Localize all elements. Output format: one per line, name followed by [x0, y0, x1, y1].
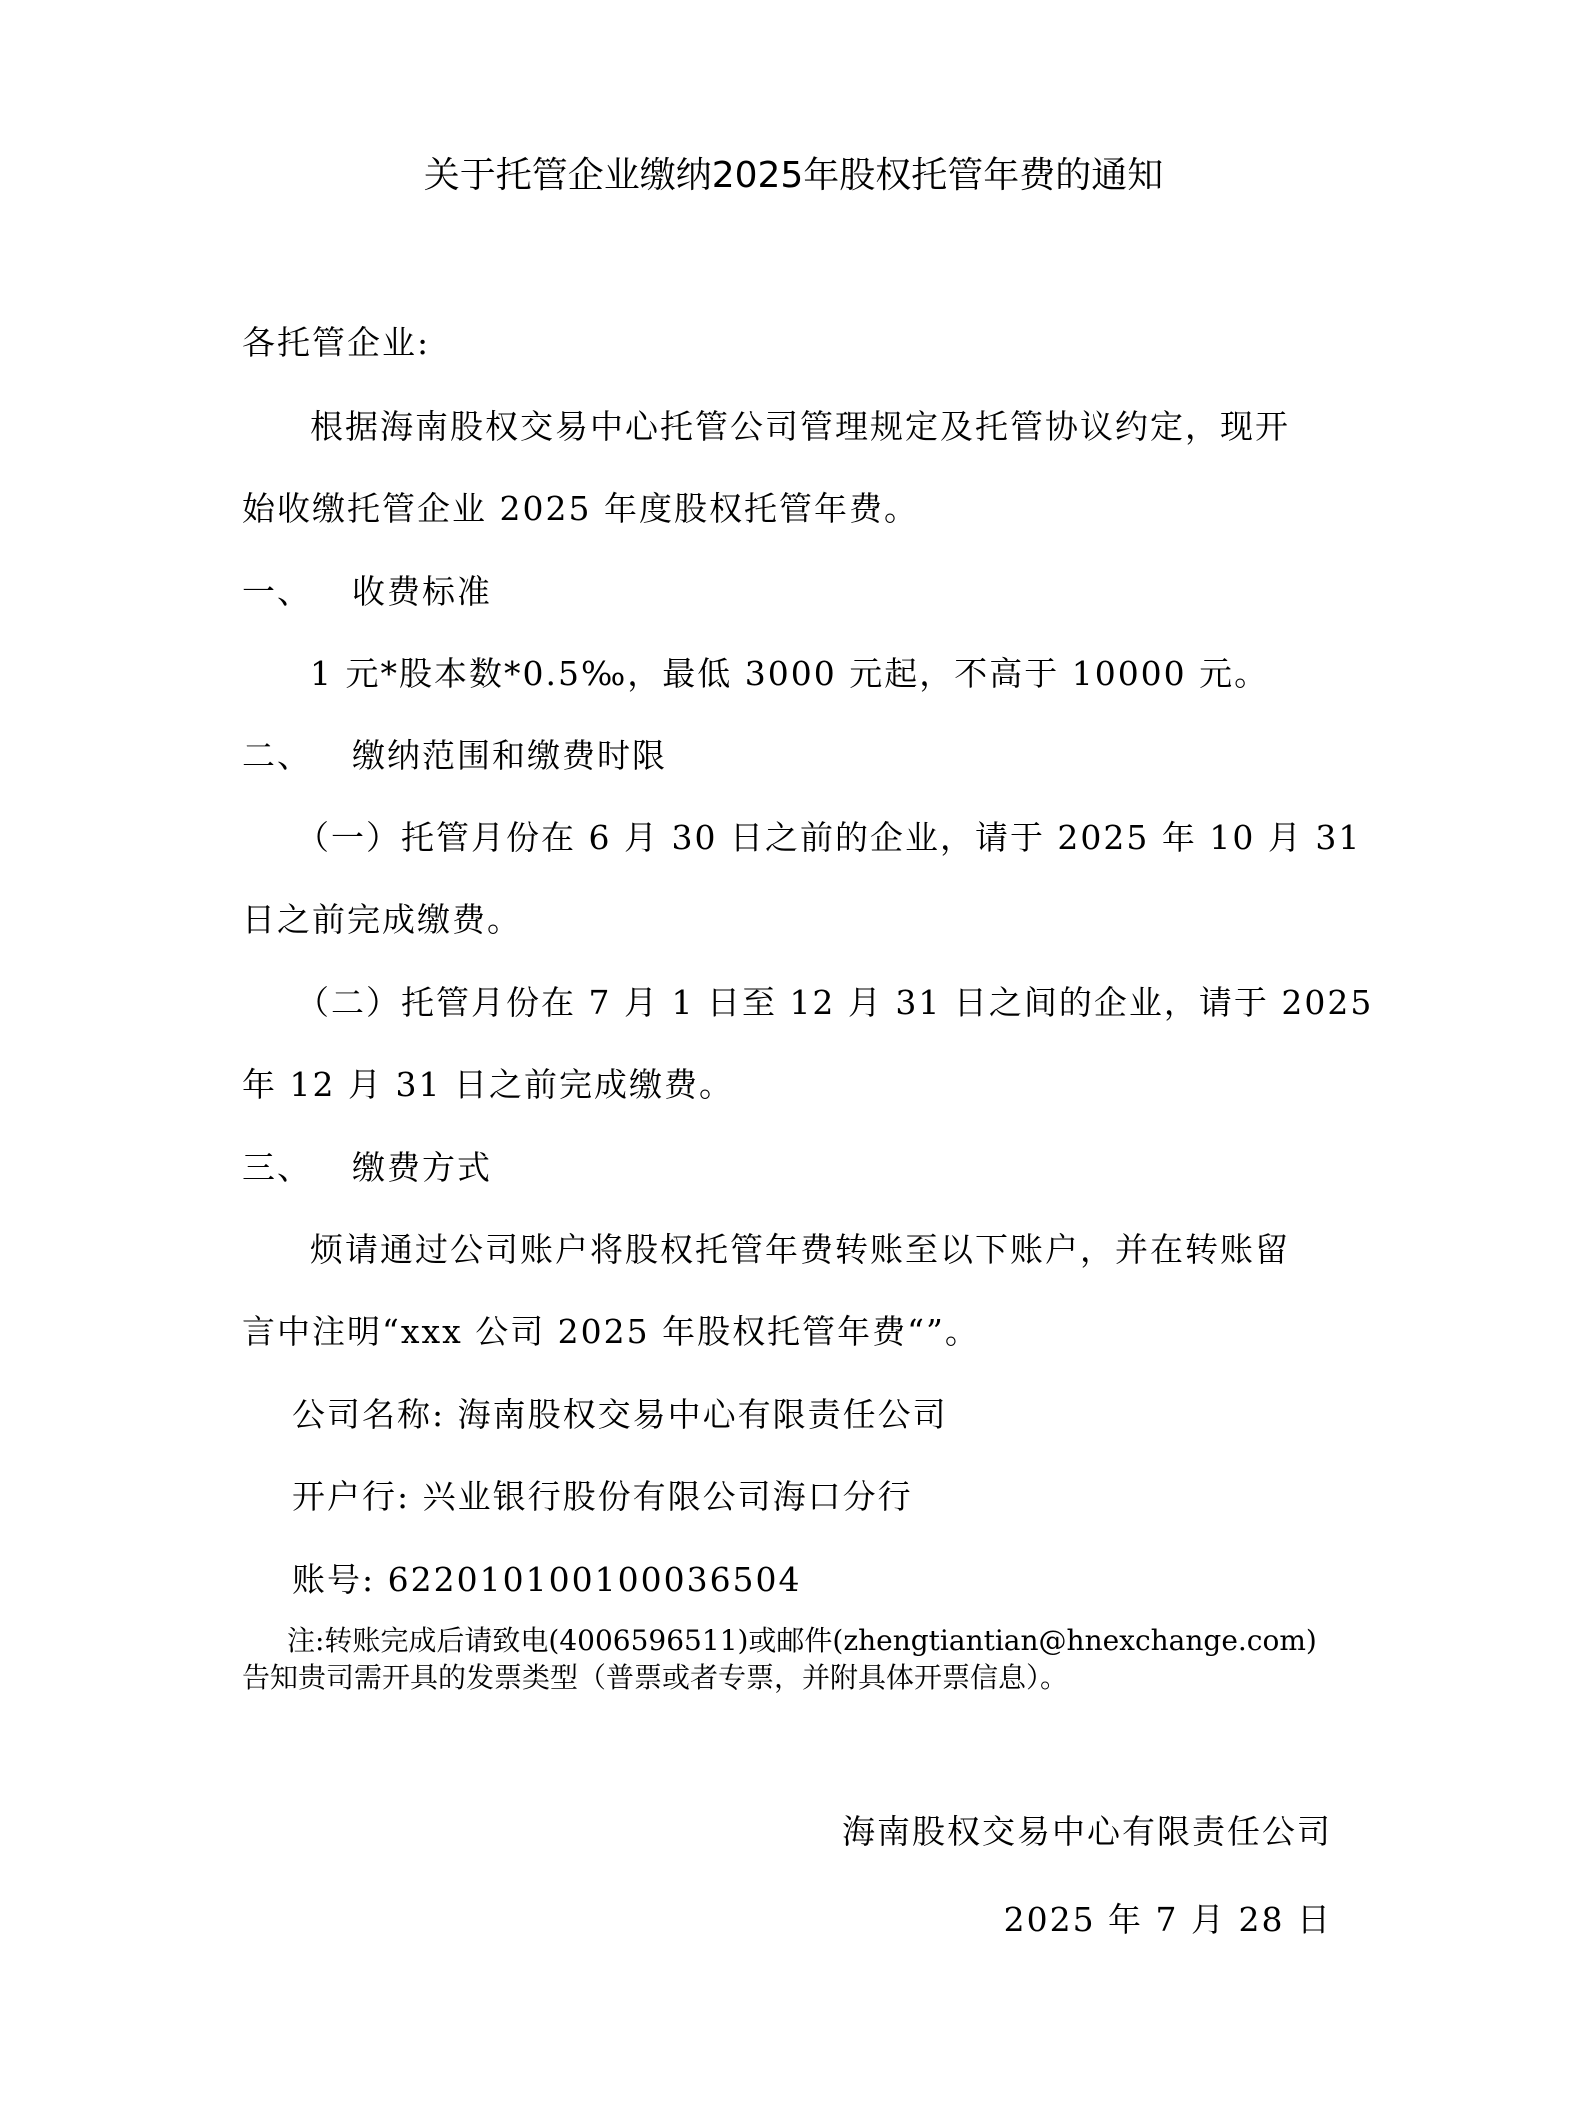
signature-organization: 海南股权交易中心有限责任公司	[842, 1810, 1332, 1854]
section-1-title: 收费标准	[352, 572, 492, 611]
intro-line-1: 根据海南股权交易中心托管公司管理规定及托管协议约定，现开	[310, 405, 1290, 449]
note-line-2: 告知贵司需开具的发票类型（普票或者专票，并附具体开票信息）。	[242, 1661, 1068, 1695]
scope-item-2-line-2: 年 12 月 31 日之前完成缴费。	[242, 1063, 734, 1107]
scope-item-1-line-1: （一）托管月份在 6 月 30 日之前的企业，请于 2025 年 10 月 31	[296, 816, 1361, 860]
scope-item-1-line-2: 日之前完成缴费。	[242, 898, 522, 942]
account-number-value: 622010100100036504	[388, 1560, 802, 1599]
intro-line-2: 始收缴托管企业 2025 年度股权托管年费。	[242, 487, 919, 531]
scope-item-2-line-1: （二）托管月份在 7 月 1 日至 12 月 31 日之间的企业，请于 2025	[296, 981, 1373, 1025]
section-2-number: 二、	[242, 734, 352, 778]
account-bank-value: 兴业银行股份有限公司海口分行	[423, 1477, 913, 1516]
account-number: 账号: 622010100100036504	[292, 1558, 802, 1602]
payment-method-line-2: 言中注明“xxx 公司 2025 年股权托管年费“”。	[242, 1310, 980, 1354]
section-3-title: 缴费方式	[352, 1148, 492, 1187]
signature-date: 2025 年 7 月 28 日	[1004, 1898, 1332, 1942]
fee-standard-text: 1 元*股本数*0.5‰，最低 3000 元起，不高于 10000 元。	[310, 652, 1269, 696]
account-company-label: 公司名称:	[292, 1395, 445, 1434]
section-1-number: 一、	[242, 570, 352, 614]
section-2-heading: 二、缴纳范围和缴费时限	[242, 734, 667, 778]
section-3-heading: 三、缴费方式	[242, 1146, 492, 1190]
document-title: 关于托管企业缴纳2025年股权托管年费的通知	[0, 152, 1587, 200]
account-number-label: 账号:	[292, 1560, 375, 1599]
salutation: 各托管企业:	[242, 321, 430, 365]
account-company-value: 海南股权交易中心有限责任公司	[458, 1395, 948, 1434]
note-line-1: 注:转账完成后请致电(4006596511)或邮件(zhengtiantian@…	[287, 1624, 1317, 1658]
section-1-heading: 一、收费标准	[242, 570, 492, 614]
payment-method-line-1: 烦请通过公司账户将股权托管年费转账至以下账户，并在转账留	[310, 1228, 1290, 1272]
account-company: 公司名称: 海南股权交易中心有限责任公司	[292, 1393, 948, 1437]
section-3-number: 三、	[242, 1146, 352, 1190]
account-bank-label: 开户行:	[292, 1477, 410, 1516]
account-bank: 开户行: 兴业银行股份有限公司海口分行	[292, 1475, 913, 1519]
section-2-title: 缴纳范围和缴费时限	[352, 736, 667, 775]
document-page: 关于托管企业缴纳2025年股权托管年费的通知 各托管企业: 根据海南股权交易中心…	[0, 0, 1587, 2104]
